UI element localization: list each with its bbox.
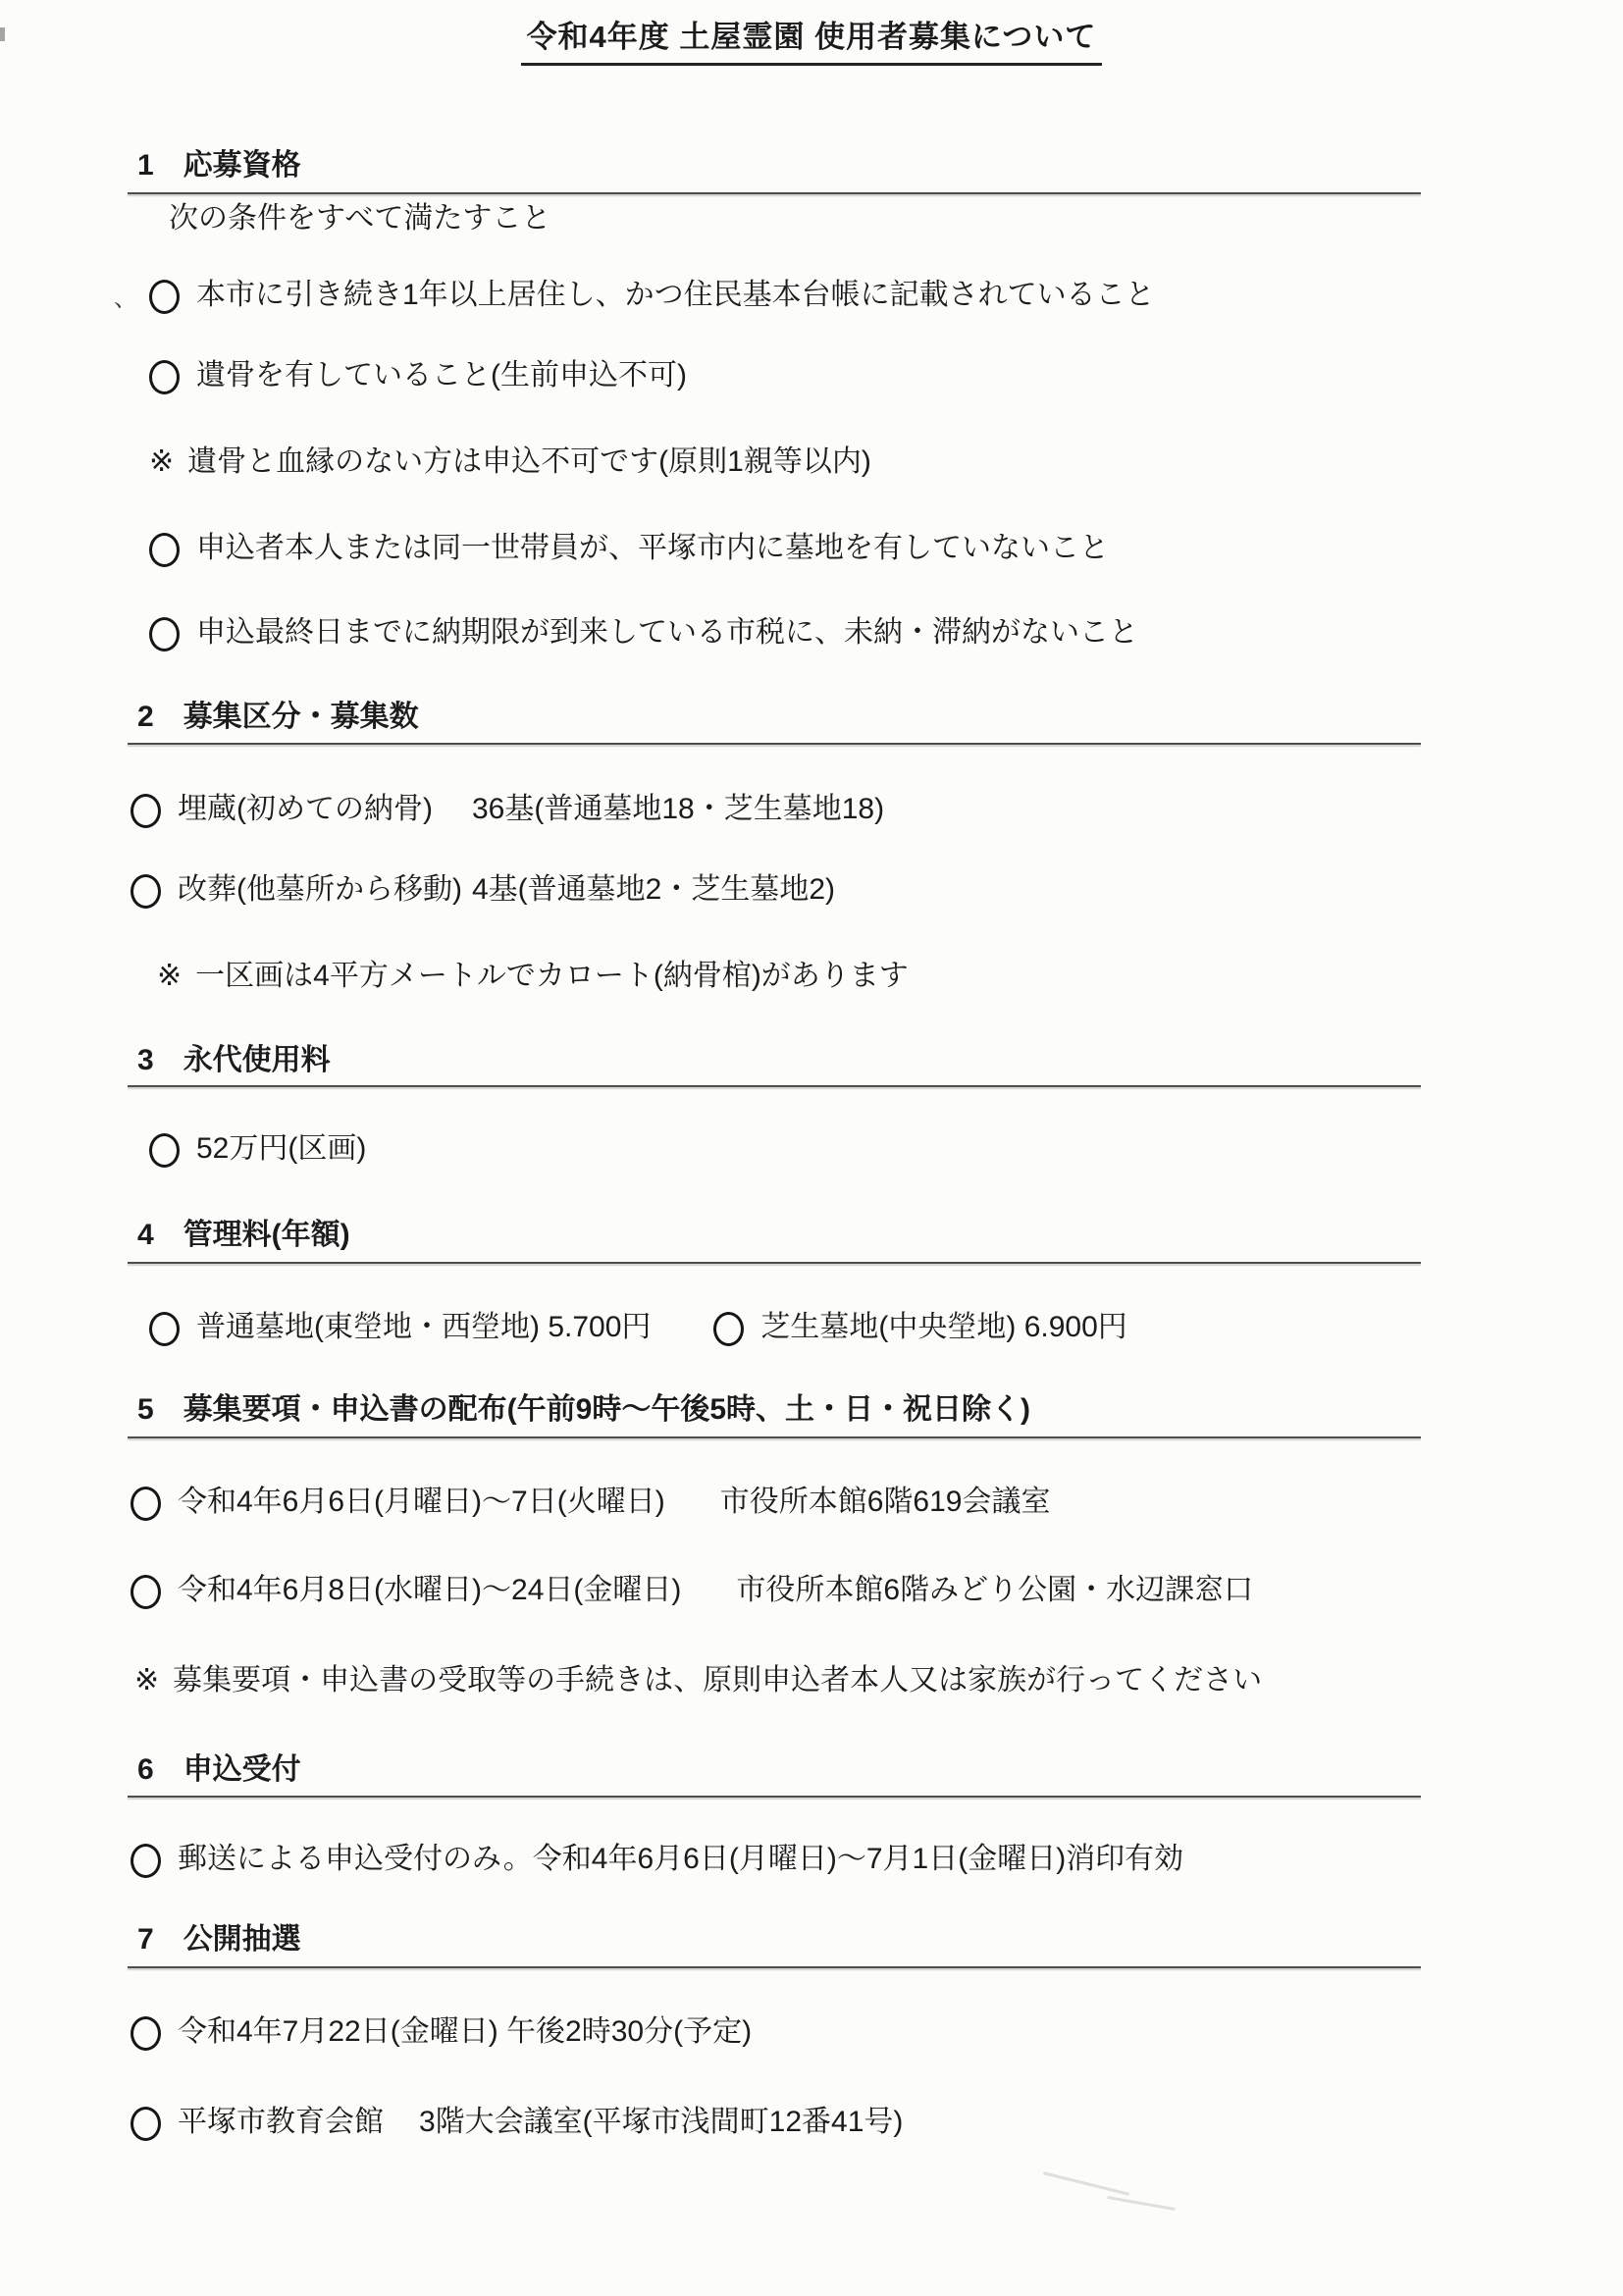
section-number: 1 (137, 147, 154, 184)
note-text: 募集要項・申込書の受取等の手続きは、原則申込者本人又は家族が行ってください (173, 1662, 1262, 1699)
circle-bullet-icon (149, 533, 180, 567)
scanned-document-page: 令和4年度 土屋霊園 使用者募集について 、 1 応募資格 次の条件をすべて満た… (0, 0, 1623, 2296)
fee-text: 普通墓地(東塋地・西塋地) 5.700円 (196, 1309, 651, 1346)
circle-bullet-icon (131, 874, 161, 909)
item-text: 令和4年7月22日(金曜日) 午後2時30分(予定) (178, 2013, 752, 2051)
heading-rule (128, 1436, 1421, 1438)
circle-bullet-icon (131, 1844, 161, 1878)
list-item: 令和4年6月6日(月曜日)～7日(火曜日) 市役所本館6階619会議室 (131, 1484, 1050, 1521)
list-item: 申込最終日までに納期限が到来している市税に、未納・滞納がないこと (149, 614, 1138, 652)
section-number: 6 (137, 1751, 154, 1789)
page-title: 令和4年度 土屋霊園 使用者募集について (521, 12, 1103, 66)
section-heading-row: 7 公開抽選 (137, 1921, 301, 1958)
heading-rule (128, 192, 1421, 194)
heading-rule (128, 1262, 1421, 1264)
circle-bullet-icon (713, 1312, 744, 1346)
circle-bullet-icon (149, 617, 180, 652)
section-heading-row: 4 管理料(年額) (137, 1217, 350, 1254)
section-number: 4 (137, 1217, 154, 1254)
fee-entry: 芝生墓地(中央塋地) 6.900円 (713, 1309, 1126, 1346)
section-heading-row: 2 募集区分・募集数 (137, 699, 419, 736)
circle-bullet-icon (131, 2107, 161, 2141)
heading-rule (128, 1966, 1421, 1968)
category-label: 改葬(他墓所から移動) (178, 871, 472, 909)
section-heading-row: 3 永代使用料 (137, 1042, 331, 1079)
reference-mark-icon: ※ (134, 1662, 159, 1699)
item-text: 申込最終日までに納期限が到来している市税に、未納・滞納がないこと (196, 614, 1138, 652)
schedule-date: 令和4年6月6日(月曜日)～7日(火曜日) (178, 1484, 665, 1521)
schedule-date: 令和4年6月8日(水曜日)～24日(金曜日) (178, 1572, 681, 1609)
list-item: 52万円(区画) (149, 1130, 366, 1168)
list-item: 遺骨を有していること(生前申込不可) (149, 357, 687, 394)
schedule-place: 市役所本館6階みどり公園・水辺課窓口 (736, 1572, 1253, 1609)
section-number: 5 (137, 1391, 154, 1429)
intro-text: 次の条件をすべて満たすこと (169, 200, 550, 237)
section-heading: 公開抽選 (183, 1921, 301, 1958)
list-item: 令和4年7月22日(金曜日) 午後2時30分(予定) (131, 2013, 752, 2051)
venue-place: 平塚市教育会館 (178, 2104, 384, 2141)
circle-bullet-icon (149, 280, 180, 314)
note-text: 遺骨と血縁のない方は申込不可です(原則1親等以内) (187, 444, 871, 481)
list-item: 郵送による申込受付のみ。令和4年6月6日(月曜日)～7月1日(金曜日)消印有効 (131, 1841, 1183, 1878)
category-count: 36基(普通墓地18・芝生墓地18) (472, 791, 884, 828)
item-text: 遺骨を有していること(生前申込不可) (196, 357, 687, 394)
section-number: 3 (137, 1042, 154, 1079)
section-heading: 永代使用料 (183, 1042, 331, 1079)
fee-text: 芝生墓地(中央塋地) 6.900円 (760, 1309, 1126, 1346)
list-item: 埋蔵(初めての納骨) 36基(普通墓地18・芝生墓地18) (131, 791, 884, 828)
item-text: 本市に引き続き1年以上居住し、かつ住民基本台帳に記載されていること (196, 277, 1155, 314)
section-heading: 管理料(年額) (183, 1217, 350, 1254)
reference-mark-icon: ※ (149, 444, 174, 481)
item-text: 郵送による申込受付のみ。令和4年6月6日(月曜日)～7月1日(金曜日)消印有効 (178, 1841, 1183, 1878)
circle-bullet-icon (149, 360, 180, 394)
list-item: 平塚市教育会館 3階大会議室(平塚市浅間町12番41号) (131, 2104, 903, 2141)
section-number: 2 (137, 699, 154, 736)
venue-detail: 3階大会議室(平塚市浅間町12番41号) (419, 2104, 903, 2141)
note-text: 一区画は4平方メートルでカロート(納骨棺)があります (195, 958, 909, 995)
section-heading-row: 5 募集要項・申込書の配布(午前9時～午後5時、土・日・祝日除く) (137, 1391, 1030, 1429)
circle-bullet-icon (131, 1487, 161, 1521)
circle-bullet-icon (131, 1575, 161, 1609)
item-text: 申込者本人または同一世帯員が、平塚市内に墓地を有していないこと (196, 530, 1109, 567)
list-item: 改葬(他墓所から移動) 4基(普通墓地2・芝生墓地2) (131, 871, 835, 909)
heading-rule (128, 1796, 1421, 1798)
circle-bullet-icon (149, 1312, 180, 1346)
circle-bullet-icon (131, 794, 161, 828)
item-text: 52万円(区画) (196, 1130, 366, 1168)
section-number: 7 (137, 1921, 154, 1958)
section-heading-row: 1 応募資格 (137, 147, 301, 184)
fee-row: 普通墓地(東塋地・西塋地) 5.700円 芝生墓地(中央塋地) 6.900円 (149, 1309, 1127, 1346)
category-count: 4基(普通墓地2・芝生墓地2) (472, 871, 835, 909)
list-item: 令和4年6月8日(水曜日)～24日(金曜日) 市役所本館6階みどり公園・水辺課窓… (131, 1572, 1253, 1609)
heading-rule (128, 743, 1421, 745)
section-heading: 募集区分・募集数 (183, 699, 419, 736)
heading-rule (128, 1085, 1421, 1087)
circle-bullet-icon (131, 2016, 161, 2051)
list-item: 申込者本人または同一世帯員が、平塚市内に墓地を有していないこと (149, 530, 1109, 567)
page-title-wrap: 令和4年度 土屋霊園 使用者募集について (0, 12, 1623, 66)
stray-mark: 、 (114, 279, 137, 313)
list-item: 本市に引き続き1年以上居住し、かつ住民基本台帳に記載されていること (149, 277, 1155, 314)
schedule-place: 市役所本館6階619会議室 (720, 1484, 1051, 1521)
note-item: ※ 一区画は4平方メートルでカロート(納骨棺)があります (157, 958, 909, 995)
circle-bullet-icon (149, 1133, 180, 1168)
note-item: ※ 遺骨と血縁のない方は申込不可です(原則1親等以内) (149, 444, 871, 481)
reference-mark-icon: ※ (157, 958, 182, 995)
section-intro: 次の条件をすべて満たすこと (169, 200, 550, 237)
category-label: 埋蔵(初めての納骨) (178, 791, 472, 828)
scan-artifact (1043, 2171, 1129, 2196)
scan-artifact (1107, 2196, 1175, 2211)
section-heading: 応募資格 (183, 147, 301, 184)
section-heading: 募集要項・申込書の配布(午前9時～午後5時、土・日・祝日除く) (183, 1391, 1030, 1429)
fee-entry: 普通墓地(東塋地・西塋地) 5.700円 (149, 1309, 651, 1346)
note-item: ※ 募集要項・申込書の受取等の手続きは、原則申込者本人又は家族が行ってください (134, 1662, 1262, 1699)
section-heading-row: 6 申込受付 (137, 1751, 301, 1789)
section-heading: 申込受付 (183, 1751, 301, 1789)
